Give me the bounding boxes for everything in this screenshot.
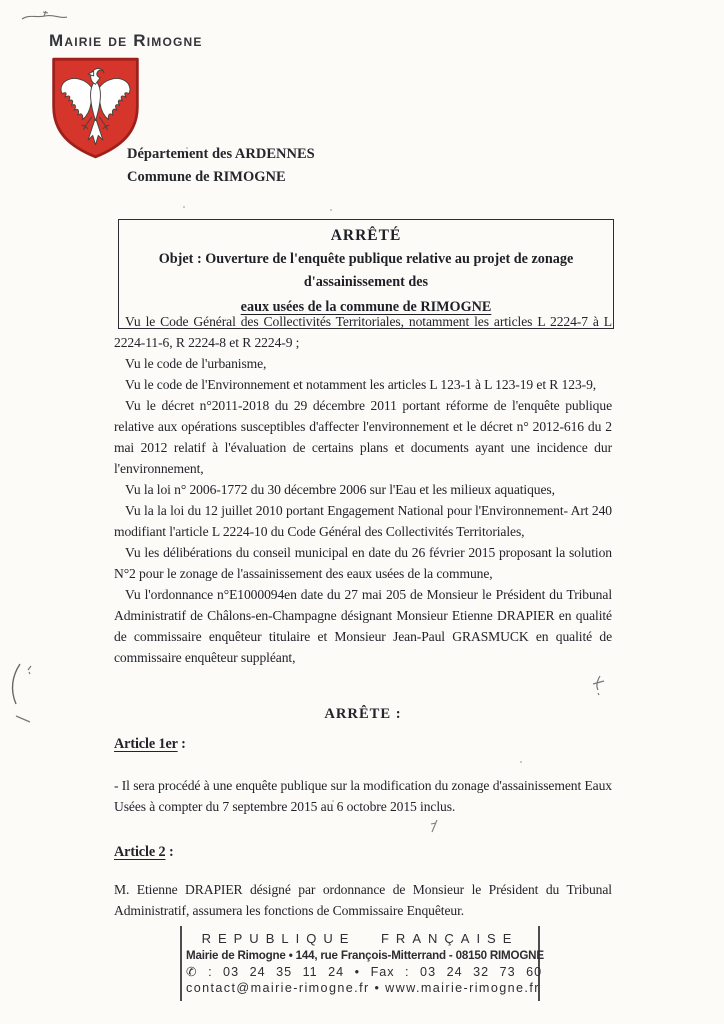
recital-paragraph: Vu l'ordonnance n°E1000094en date du 27 …: [114, 584, 612, 668]
pen-mark-top-left: [20, 8, 70, 28]
article-2-text: M. Etienne DRAPIER désigné par ordonnanc…: [114, 879, 612, 921]
telephone-icon: ✆: [186, 965, 198, 979]
recital-paragraph: Vu le code de l'urbanisme,: [114, 353, 612, 374]
scanned-document-page: Mairie de Rimogne Département des ARDENN…: [0, 0, 724, 1024]
article-1-label-colon: :: [178, 736, 186, 752]
org-label: Mairie de Rimogne: [49, 31, 203, 51]
scan-speck: [330, 209, 332, 211]
article-1-label-text: Article 1er: [114, 736, 178, 752]
document-body: Vu le Code Général des Collectivités Ter…: [114, 311, 612, 921]
recital-paragraph: Vu les délibérations du conseil municipa…: [114, 542, 612, 584]
scan-speck: [332, 800, 334, 802]
recital-paragraph: Vu le code de l'Environnement et notamme…: [114, 374, 612, 395]
scan-speck: [520, 761, 522, 763]
article-2-label-colon: :: [166, 844, 174, 860]
phone-fax-line: ✆ : 03 24 35 11 24 • Fax : 03 24 32 73 6…: [186, 964, 534, 979]
decree-heading: ARRÊTE :: [114, 704, 612, 725]
header-lines: Département des ARDENNES Commune de RIMO…: [127, 143, 315, 188]
recital-paragraph: Vu la loi n° 2006-1772 du 30 décembre 20…: [114, 479, 612, 500]
recital-paragraph: Vu le décret n°2011-2018 du 29 décembre …: [114, 395, 612, 479]
commune-line: Commune de RIMOGNE: [127, 166, 315, 189]
document-title: ARRÊTÉ: [127, 227, 605, 245]
scan-speck: [183, 206, 185, 208]
article-2-label: Article 2 :: [114, 842, 612, 863]
article-1-text: - Il sera procédé à une enquête publique…: [114, 775, 612, 817]
scan-speck: [186, 147, 188, 149]
article-2-label-text: Article 2: [114, 844, 166, 860]
recital-paragraph: Vu le Code Général des Collectivités Ter…: [114, 311, 612, 353]
republic-line: REPUBLIQUE FRANÇAISE: [186, 931, 534, 946]
contact-line: contact@mairie-rimogne.fr • www.mairie-r…: [186, 981, 534, 995]
department-line: Département des ARDENNES: [127, 143, 315, 166]
phone-fax-text: : 03 24 35 11 24 • Fax : 03 24 32 73 60: [208, 965, 542, 979]
address-line: Mairie de Rimogne • 144, rue François-Mi…: [186, 949, 534, 962]
recital-paragraph: Vu la la loi du 12 juillet 2010 portant …: [114, 500, 612, 542]
object-line-1: Objet : Ouverture de l'enquête publique …: [127, 248, 605, 293]
footer-letterhead: REPUBLIQUE FRANÇAISE Mairie de Rimogne •…: [180, 926, 540, 1001]
article-1-label: Article 1er :: [114, 734, 612, 755]
pen-mark-left-margin: [6, 662, 42, 724]
